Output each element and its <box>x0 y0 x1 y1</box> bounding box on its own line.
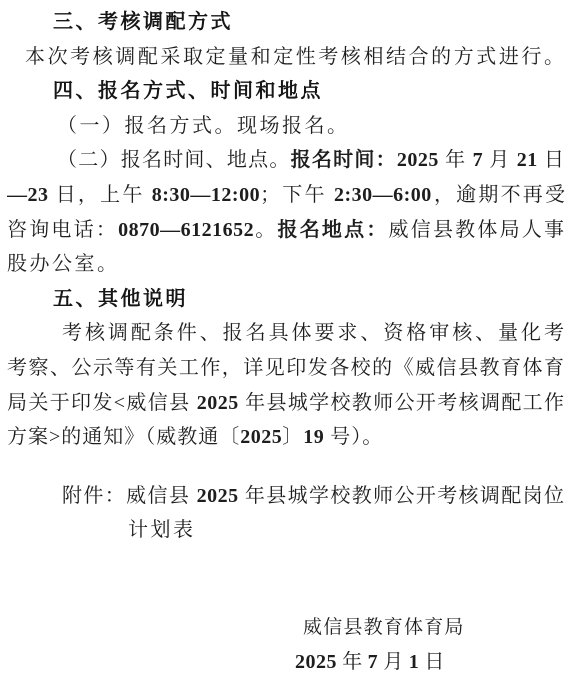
section3-heading: 三、考核调配方式 <box>7 5 565 40</box>
section5-heading: 五、其他说明 <box>7 282 565 317</box>
section5-heading-text: 五、其他说明 <box>53 288 188 310</box>
section5-body-line2: 考察、公示等有关工作，详见印发各校的《威信县教育体育 <box>7 351 565 386</box>
start-day-number: 21 <box>517 149 538 171</box>
signature-day-number: 1 <box>409 651 420 673</box>
section5-body-text1: 考核调配条件、报名具体要求、资格审核、量化考核、 <box>62 322 565 351</box>
section5-body-text4b: 〕 <box>282 426 303 448</box>
doc-year-number: 2025 <box>240 426 282 448</box>
month-unit: 月 <box>483 149 517 171</box>
signature-day-unit: 日 <box>419 651 444 673</box>
place-label: 报名地点： <box>277 219 388 241</box>
morning-lead: 日，上午 <box>49 184 152 206</box>
section5-body-text2: 考察、公示等有关工作，详见印发各校的《威信县教育体育 <box>7 357 565 379</box>
section3-heading-text: 三、考核调配方式 <box>53 11 233 33</box>
document-page: 三、考核调配方式 本次考核调配采取定量和定性考核相结合的方式进行。 四、报名方式… <box>0 0 572 696</box>
section5-body-line3: 局关于印发<威信县 2025 年县城学校教师公开考核调配工作 <box>7 386 565 421</box>
signature-org-text: 威信县教育体育局 <box>303 617 465 638</box>
attachment-year-number: 2025 <box>197 485 239 507</box>
section4-heading-text: 四、报名方式、时间和地点 <box>53 80 323 102</box>
start-year-number: 2025 <box>397 149 439 171</box>
attachment-line2: 计划表 <box>7 513 565 548</box>
section5-body-text4a: 方案>的通知》（威教通〔 <box>7 426 240 448</box>
attachment-line1: 附件：威信县 2025 年县城学校教师公开考核调配岗位 <box>7 479 565 514</box>
section5-body-text3b: 年县城学校教师公开考核调配工作 <box>239 392 565 414</box>
signature-date: 2025 年 7 月 1 日 <box>295 645 565 680</box>
section3-body-text: 本次考核调配采取定量和定性考核相结合的方式进行。 <box>25 46 565 68</box>
attachment-title-part3: 计划表 <box>128 519 196 541</box>
section5-body-text3a: 局关于印发<威信县 <box>7 392 197 414</box>
signature-month-unit: 月 <box>378 651 409 673</box>
signature-month-number: 7 <box>368 651 379 673</box>
signature-year-unit: 年 <box>337 651 368 673</box>
section5-body-line1: 考核调配条件、报名具体要求、资格审核、量化考核、 <box>7 316 565 351</box>
end-day-number: —23 <box>7 184 49 206</box>
item2-line3: 咨询电话：0870—6121652。报名地点：威信县教体局人事 <box>7 213 565 248</box>
phone-label: 咨询电话： <box>7 219 118 241</box>
item2-line2: —23 日，上午 8:30—12:00；下午 2:30—6:00，逾期不再受理。 <box>7 178 565 213</box>
item2-line4: 股办公室。 <box>7 247 565 282</box>
place-value-part2: 股办公室。 <box>7 253 120 275</box>
place-value-part1: 威信县教体局人事 <box>389 219 565 241</box>
item1-line: （一）报名方式。现场报名。 <box>7 109 565 144</box>
item2-lead: （二）报名时间、地点。 <box>57 149 291 171</box>
start-month-number: 7 <box>473 149 484 171</box>
doc-serial-number: 19 <box>303 426 324 448</box>
year-unit: 年 <box>439 149 473 171</box>
attachment-title-part1: 威信县 <box>126 485 196 507</box>
attachment-title-part2: 年县城学校教师公开考核调配岗位 <box>239 485 565 507</box>
item1-text: （一）报名方式。现场报名。 <box>57 115 350 137</box>
plan-year-number: 2025 <box>197 392 239 414</box>
section4-heading: 四、报名方式、时间和地点 <box>7 74 565 109</box>
section5-body-line4: 方案>的通知》（威教通〔2025〕19 号）。 <box>7 420 565 455</box>
morning-hours: 8:30—12:00 <box>152 184 260 206</box>
phone-period: 。 <box>254 219 277 241</box>
phone-number: 0870—6121652 <box>118 219 254 241</box>
afternoon-lead: ；下午 <box>260 184 334 206</box>
attachment-label: 附件： <box>62 485 126 507</box>
section5-body-text4c: 号）。 <box>324 426 383 448</box>
afternoon-hours: 2:30—6:00 <box>334 184 432 206</box>
document-body: 三、考核调配方式 本次考核调配采取定量和定性考核相结合的方式进行。 四、报名方式… <box>0 0 572 680</box>
signature-year-number: 2025 <box>295 651 337 673</box>
day-unit: 日 <box>538 149 565 171</box>
time-label: 报名时间： <box>291 149 397 171</box>
item2-line1: （二）报名时间、地点。报名时间：2025 年 7 月 21 日 <box>7 143 565 178</box>
section3-body-line: 本次考核调配采取定量和定性考核相结合的方式进行。 <box>7 40 565 75</box>
signature-org: 威信县教育体育局 <box>303 610 565 645</box>
